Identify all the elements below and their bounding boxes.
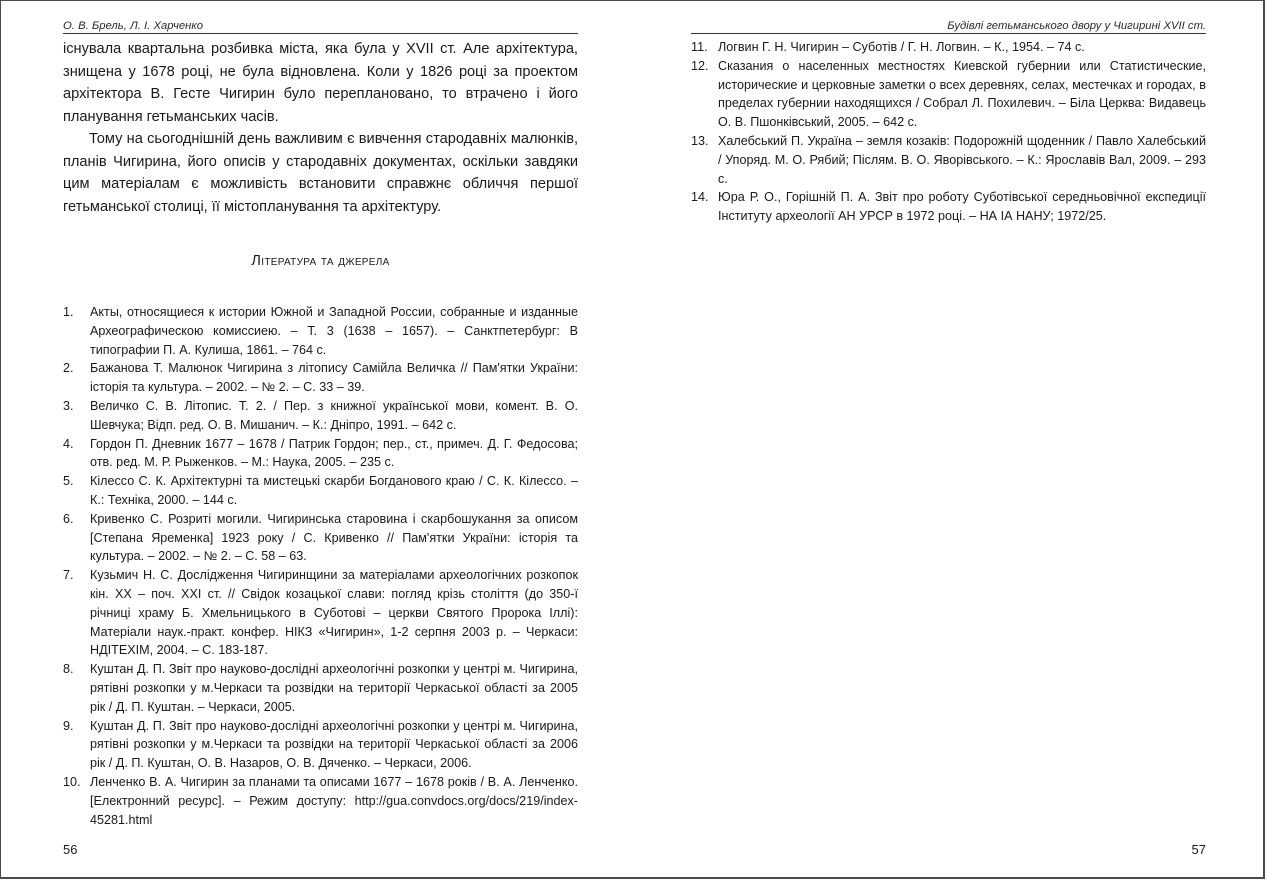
- body-text: існувала квартальна розбивка міста, яка …: [63, 38, 578, 218]
- reference-number: 11.: [691, 38, 708, 57]
- running-head-title: Будівлі гетьманського двору у Чигирині X…: [691, 20, 1206, 34]
- reference-text: Ленченко В. А. Чигирин за планами та опи…: [90, 775, 578, 827]
- reference-item: 13.Халебський П. Україна – земля козаків…: [691, 132, 1206, 188]
- reference-item: 7.Кузьмич Н. С. Дослідження Чигиринщини …: [63, 566, 578, 660]
- reference-number: 8.: [63, 660, 74, 679]
- reference-number: 12.: [691, 57, 709, 76]
- reference-item: 14.Юра Р. О., Горішній П. А. Звіт про ро…: [691, 188, 1206, 226]
- reference-text: Юра Р. О., Горішній П. А. Звіт про робот…: [718, 190, 1206, 223]
- reference-number: 14.: [691, 188, 709, 207]
- reference-item: 1.Акты, относящиеся к истории Южной и За…: [63, 303, 578, 359]
- paragraph: Тому на сьогоднішній день важливим є вив…: [63, 128, 578, 218]
- running-head-authors: О. В. Брель, Л. І. Харченко: [63, 20, 578, 34]
- reference-item: 4.Гордон П. Дневник 1677 – 1678 / Патрик…: [63, 435, 578, 473]
- paragraph: існувала квартальна розбивка міста, яка …: [63, 38, 578, 128]
- reference-number: 5.: [63, 472, 74, 491]
- page-number: 57: [1192, 842, 1206, 857]
- reference-number: 7.: [63, 566, 74, 585]
- reference-text: Сказания о населенных местностях Киевско…: [718, 59, 1206, 129]
- reference-text: Кривенко С. Розриті могили. Чигиринська …: [90, 512, 578, 564]
- reference-item: 11.Логвин Г. Н. Чигирин – Суботів / Г. Н…: [691, 38, 1206, 57]
- reference-number: 1.: [63, 303, 74, 322]
- reference-text: Куштан Д. П. Звіт про науково-дослідні а…: [90, 719, 578, 771]
- reference-number: 4.: [63, 435, 74, 454]
- reference-text: Гордон П. Дневник 1677 – 1678 / Патрик Г…: [90, 437, 578, 470]
- reference-text: Бажанова Т. Малюнок Чигирина з літопису …: [90, 361, 578, 394]
- reference-list: 1.Акты, относящиеся к истории Южной и За…: [63, 303, 578, 829]
- reference-number: 10.: [63, 773, 81, 792]
- reference-item: 9.Куштан Д. П. Звіт про науково-дослідні…: [63, 717, 578, 773]
- reference-item: 5.Кілессо С. К. Архітектурні та мистецьк…: [63, 472, 578, 510]
- reference-text: Акты, относящиеся к истории Южной и Запа…: [90, 305, 578, 357]
- reference-number: 2.: [63, 359, 74, 378]
- reference-number: 6.: [63, 510, 74, 529]
- reference-text: Кілессо С. К. Архітектурні та мистецькі …: [90, 474, 578, 507]
- reference-number: 13.: [691, 132, 709, 151]
- reference-item: 12.Сказания о населенных местностях Киев…: [691, 57, 1206, 132]
- reference-text: Логвин Г. Н. Чигирин – Суботів / Г. Н. Л…: [718, 40, 1085, 54]
- section-title: Література та джерела: [63, 253, 578, 269]
- reference-text: Халебський П. Україна – земля козаків: П…: [718, 134, 1206, 186]
- reference-item: 3.Величко С. В. Літопис. Т. 2. / Пер. з …: [63, 397, 578, 435]
- reference-item: 10.Ленченко В. А. Чигирин за планами та …: [63, 773, 578, 829]
- reference-text: Кузьмич Н. С. Дослідження Чигиринщини за…: [90, 568, 578, 657]
- reference-number: 9.: [63, 717, 74, 736]
- reference-item: 8.Куштан Д. П. Звіт про науково-дослідні…: [63, 660, 578, 716]
- reference-item: 2.Бажанова Т. Малюнок Чигирина з літопис…: [63, 359, 578, 397]
- reference-text: Величко С. В. Літопис. Т. 2. / Пер. з кн…: [90, 399, 578, 432]
- reference-item: 6.Кривенко С. Розриті могили. Чигиринськ…: [63, 510, 578, 566]
- page-number: 56: [63, 842, 77, 857]
- reference-text: Куштан Д. П. Звіт про науково-дослідні а…: [90, 662, 578, 714]
- reference-list: 11.Логвин Г. Н. Чигирин – Суботів / Г. Н…: [691, 38, 1206, 226]
- reference-number: 3.: [63, 397, 74, 416]
